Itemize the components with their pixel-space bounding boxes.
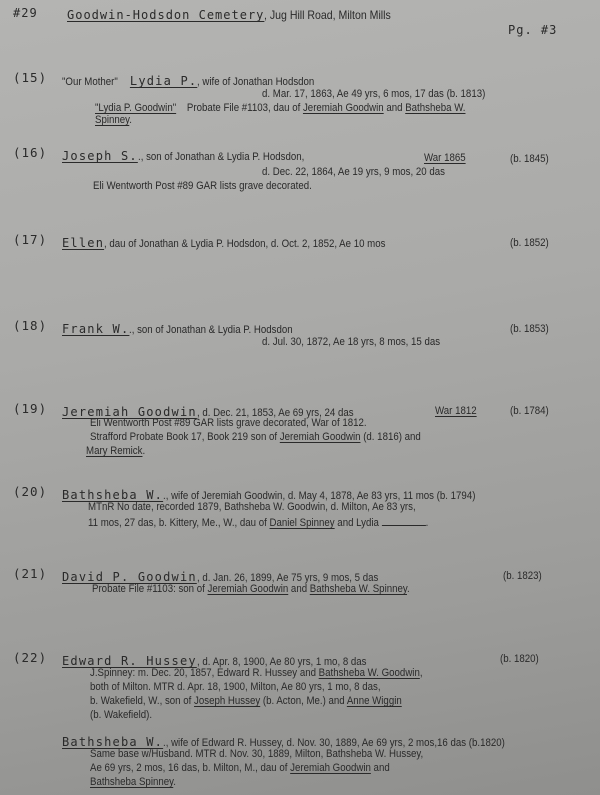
entry-line: Same base w/Husband. MTR d. Nov. 30, 188… bbox=[90, 748, 423, 760]
entry-line: MTnR No date, recorded 1879, Bathsheba W… bbox=[88, 501, 416, 513]
entry-line: both of Milton. MTR d. Apr. 18, 1900, Mi… bbox=[90, 681, 381, 693]
entry-line: Probate File #1103: son of Jeremiah Good… bbox=[92, 583, 410, 595]
person-name: Lydia P. bbox=[130, 74, 197, 88]
birth-year: (b. 1823) bbox=[503, 570, 542, 582]
entry-number: (15) bbox=[13, 70, 47, 85]
person-name: Edward R. Hussey bbox=[62, 654, 197, 668]
entry-line: Strafford Probate Book 17, Book 219 son … bbox=[90, 431, 421, 443]
cemetery-location: , Jug Hill Road, Milton Mills bbox=[264, 8, 391, 22]
birth-year: (b. 1853) bbox=[510, 323, 549, 335]
cemetery-name: Goodwin-Hodsdon Cemetery bbox=[67, 8, 264, 22]
war-label: War 1865 bbox=[424, 152, 466, 164]
entry-line: Eli Wentworth Post #89 GAR lists grave d… bbox=[93, 180, 312, 192]
entry-line: b. Wakefield, W., son of Joseph Hussey (… bbox=[90, 695, 402, 707]
birth-year: (b. 1820) bbox=[500, 653, 539, 665]
entry-line: d. Mar. 17, 1863, Ae 49 yrs, 6 mos, 17 d… bbox=[262, 88, 485, 100]
entry-line: d. Dec. 22, 1864, Ae 19 yrs, 9 mos, 20 d… bbox=[262, 166, 445, 178]
person-name: Ellen bbox=[62, 236, 104, 250]
person-name: David P. Goodwin bbox=[62, 570, 197, 584]
entry-line: J.Spinney: m. Dec. 20, 1857, Edward R. H… bbox=[90, 667, 423, 679]
war-label: War 1812 bbox=[435, 405, 477, 417]
birth-year: (b. 1845) bbox=[510, 153, 549, 165]
cemetery-title-line: Goodwin-Hodsdon Cemetery, Jug Hill Road,… bbox=[67, 8, 408, 22]
entry-line: Bathsheba Spinney. bbox=[90, 776, 176, 788]
entry-number: (21) bbox=[13, 566, 47, 581]
entry-number: (18) bbox=[13, 318, 47, 333]
entry-number: (20) bbox=[13, 484, 47, 499]
entry-line: Ae 69 yrs, 2 mos, 16 das, b. Milton, M.,… bbox=[90, 762, 390, 774]
entry-number: (22) bbox=[13, 650, 47, 665]
entry-line: d. Jul. 30, 1872, Ae 18 yrs, 8 mos, 15 d… bbox=[262, 336, 440, 348]
entry-line: Ellen, dau of Jonathan & Lydia P. Hodsdo… bbox=[62, 234, 424, 252]
entry-number: (19) bbox=[13, 401, 47, 416]
entry-line: "Lydia P. Goodwin" Probate File #1103, d… bbox=[95, 102, 465, 114]
entry-line: 11 mos, 27 das, b. Kittery, Me., W., dau… bbox=[88, 515, 428, 529]
entry-line: Spinney. bbox=[95, 114, 132, 126]
cemetery-number: #29 bbox=[13, 6, 38, 20]
person-name: Joseph S. bbox=[62, 149, 138, 163]
person-name: Bathsheba W. bbox=[62, 488, 163, 502]
page-number: Pg. #3 bbox=[508, 23, 557, 37]
entry-number: (16) bbox=[13, 145, 47, 160]
entry-line: (b. Wakefield). bbox=[90, 709, 152, 721]
entry-line: Joseph S.., son of Jonathan & Lydia P. H… bbox=[62, 147, 327, 165]
person-name: Bathsheba W. bbox=[62, 735, 163, 749]
blank-line bbox=[382, 515, 426, 526]
entry-line: Eli Wentworth Post #89 GAR lists grave d… bbox=[90, 417, 367, 429]
person-name: Frank W. bbox=[62, 322, 129, 336]
birth-year: (b. 1852) bbox=[510, 237, 549, 249]
birth-year: (b. 1784) bbox=[510, 405, 549, 417]
entry-line: Mary Remick. bbox=[86, 445, 145, 457]
entry-number: (17) bbox=[13, 232, 47, 247]
